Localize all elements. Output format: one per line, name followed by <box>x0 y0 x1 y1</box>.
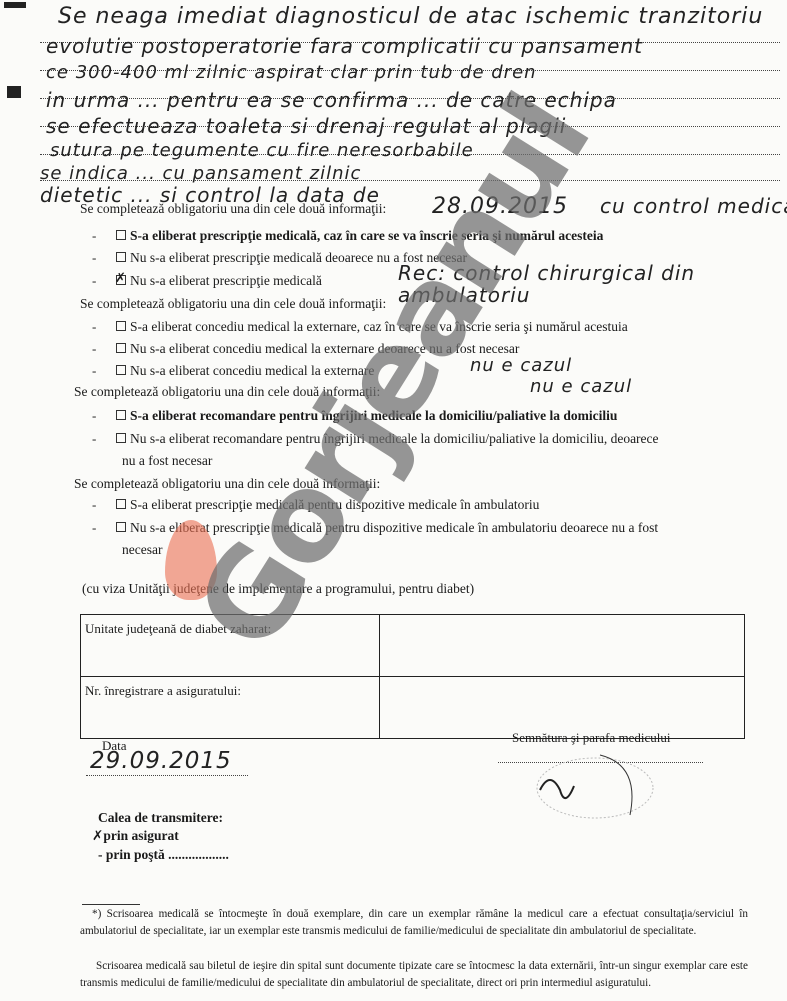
footnote-separator <box>82 904 140 905</box>
handwritten-control-suffix: cu control medical <box>600 194 787 218</box>
checkbox-checked[interactable]: ✗ <box>116 275 126 285</box>
signature-stamp <box>520 750 670 830</box>
handwritten-line: Se neaga imediat diagnosticul de atac is… <box>58 4 763 29</box>
signature-label: Semnătura şi parafa medicului <box>512 730 670 746</box>
section1-option-3[interactable]: ✗Nu s-a eliberat prescripţie medicală <box>116 273 322 289</box>
section1-heading: Se completează obligatoriu una din cele … <box>80 201 386 217</box>
table-row: Unitate judeţeană de diabet zaharat: <box>81 615 745 677</box>
check-mark-icon: ✗ <box>92 828 103 843</box>
checkbox[interactable] <box>116 365 126 375</box>
transmission-heading: Calea de transmitere: <box>98 810 223 826</box>
checkbox[interactable] <box>116 343 126 353</box>
footnote-1: *) Scrisoarea medicală se întocmeşte în … <box>80 906 748 940</box>
checkbox[interactable] <box>116 499 126 509</box>
checkbox[interactable] <box>116 433 126 443</box>
section4-continuation: necesar <box>122 542 162 558</box>
scan-artifact <box>7 86 21 98</box>
checkbox[interactable] <box>116 230 126 240</box>
handwritten-line: se indica ... cu pansament zilnic <box>40 163 361 184</box>
section2-handwritten-annotation: nu e cazul <box>470 355 572 376</box>
footnote-2: Scrisoarea medicală sau biletul de ieşir… <box>80 958 748 992</box>
registration-number-label: Nr. înregistrare a asiguratului: <box>81 677 380 739</box>
date-value-handwritten: 29.09.2015 <box>90 748 232 774</box>
checkbox[interactable] <box>116 522 126 532</box>
section2-heading: Se completează obligatoriu una din cele … <box>80 296 386 312</box>
handwritten-line: ce 300-400 ml zilnic aspirat clar prin t… <box>46 62 537 83</box>
handwritten-line: evolutie postoperatorie fara complicatii… <box>46 34 643 58</box>
checkbox[interactable] <box>116 321 126 331</box>
checkbox[interactable] <box>116 252 126 262</box>
handwritten-line: sutura pe tegumente cu fire neresorbabil… <box>50 140 474 161</box>
transmission-option-insured[interactable]: ✗prin asigurat <box>92 828 179 844</box>
scan-artifact <box>4 2 26 8</box>
diabetes-table: Unitate judeţeană de diabet zaharat: Nr.… <box>80 614 745 739</box>
transmission-option-post[interactable]: - prin poştă .................. <box>98 847 229 863</box>
section3-continuation: nu a fost necesar <box>122 453 212 469</box>
checkbox[interactable] <box>116 410 126 420</box>
section3-handwritten-annotation: nu e cazul <box>530 376 632 397</box>
diabetes-unit-value[interactable] <box>380 615 745 677</box>
